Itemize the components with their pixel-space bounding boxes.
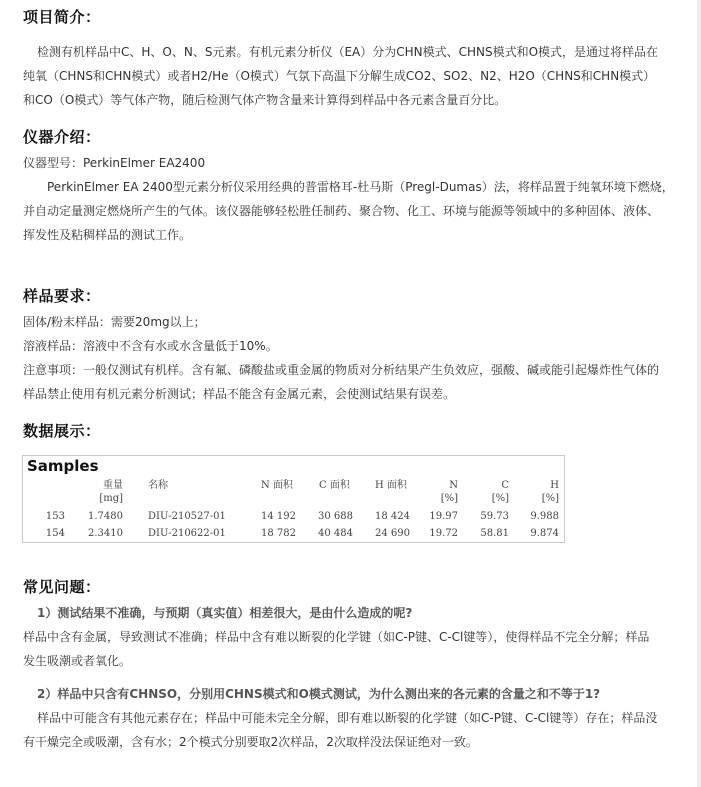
intro-line: 和CO（O模式）等气体产物，随后检测气体产物含量来计算得到样品中各元素含量百分比… [23,88,673,112]
requirements-paragraph: 固体/粉末样品：需要20mg以上； 溶液样品：溶液中不含有水或水含量低于10%。… [23,310,673,406]
row2-name: DIU-210622-01 [148,528,226,540]
header-n-pct: N [418,480,458,492]
row1-h-area: 18 424 [375,511,410,523]
faq-answer-line: 发生吸潮或者氧化。 [23,649,673,673]
row1-c-area: 30 688 [318,511,353,523]
row2-c-pct: 58.81 [469,528,509,540]
instrument-heading: 仪器介绍： [23,127,101,147]
row1-c-pct: 59.73 [469,511,509,523]
header-c-pct: C [469,480,509,492]
header-weight: 重量 [83,480,123,492]
faq-question: 2）样品中只含有CHNSO，分别用CHNS模式和O模式测试，为什么测出来的各元素… [23,682,673,706]
row1-n-area: 14 192 [261,511,296,523]
intro-line: 检测有机样品中C、H、O、N、S元素。有机元素分析仪（EA）分为CHN模式、CH… [23,40,673,64]
samples-table-image: Samples 重量 [mg] 名称 N 面积 C 面积 H 面积 N [%] … [22,455,565,543]
header-h-area: H 面积 [375,480,407,492]
document-page: 项目简介： 检测有机样品中C、H、O、N、S元素。有机元素分析仪（EA）分为CH… [0,0,697,787]
intro-paragraph: 检测有机样品中C、H、O、N、S元素。有机元素分析仪（EA）分为CHN模式、CH… [23,40,673,112]
instrument-model: 仪器型号：PerkinElmer EA2400 [23,151,673,175]
header-n-area: N 面积 [261,480,293,492]
intro-heading: 项目简介： [23,7,101,27]
scrollbar-track[interactable] [697,0,701,787]
row2-n-area: 18 782 [261,528,296,540]
header-h-pct-unit: [%] [519,493,559,505]
row1-h-pct: 9.988 [519,511,559,523]
row1-name: DIU-210527-01 [148,511,226,523]
row2-h-pct: 9.874 [519,528,559,540]
data-heading: 数据展示： [23,421,101,441]
faq-item-2: 2）样品中只含有CHNSO，分别用CHNS模式和O模式测试，为什么测出来的各元素… [23,682,673,754]
requirement-line: 样品禁止使用有机元素分析测试；样品不能含有金属元素，会使测试结果有误差。 [23,382,673,406]
instrument-line: 并自动定量测定燃烧所产生的气体。该仪器能够轻松胜任制药、聚合物、化工、环境与能源… [23,199,673,223]
faq-question: 1）测试结果不准确，与预期（真实值）相差很大，是由什么造成的呢? [23,601,673,625]
requirement-line: 注意事项：一般仅测试有机样。含有氟、磷酸盐或重金属的物质对分析结果产生负效应，强… [23,358,673,382]
header-weight-unit: [mg] [83,493,123,505]
faq-heading: 常见问题： [23,577,101,597]
header-c-pct-unit: [%] [469,493,509,505]
instrument-line: PerkinElmer EA 2400型元素分析仪采用经典的普雷格耳-杜马斯（P… [23,175,673,199]
row1-n-pct: 19.97 [418,511,458,523]
row1-weight: 1.7480 [78,511,123,523]
header-c-area: C 面积 [319,480,350,492]
row2-h-area: 24 690 [375,528,410,540]
faq-answer-line: 样品中可能含有其他元素存在；样品中可能未完全分解，即有难以断裂的化学键（如C-P… [23,706,673,730]
header-name: 名称 [148,480,168,492]
requirements-heading: 样品要求： [23,286,101,306]
row2-weight: 2.3410 [78,528,123,540]
row2-id: 154 [33,528,65,540]
intro-line: 纯氧（CHNS和CHN模式）或者H2/He（O模式）气氛下高温下分解生成CO2、… [23,64,673,88]
row2-n-pct: 19.72 [418,528,458,540]
row2-c-area: 40 484 [318,528,353,540]
samples-title: Samples [27,457,99,475]
requirement-line: 固体/粉末样品：需要20mg以上； [23,310,673,334]
header-h-pct: H [519,480,559,492]
instrument-line: 挥发性及粘稠样品的测试工作。 [23,223,673,247]
requirement-line: 溶液样品：溶液中不含有水或水含量低于10%。 [23,334,673,358]
instrument-paragraph: 仪器型号：PerkinElmer EA2400 PerkinElmer EA 2… [23,151,673,247]
header-n-pct-unit: [%] [418,493,458,505]
faq-answer-line: 样品中含有金属，导致测试不准确；样品中含有难以断裂的化学键（如C-P键、C-Cl… [23,625,673,649]
faq-answer-line: 有干燥完全或吸潮，含有水；2个模式分别要取2次样品，2次取样没法保证绝对一致。 [23,730,673,754]
faq-item-1: 1）测试结果不准确，与预期（真实值）相差很大，是由什么造成的呢? 样品中含有金属… [23,601,673,673]
row1-id: 153 [33,511,65,523]
